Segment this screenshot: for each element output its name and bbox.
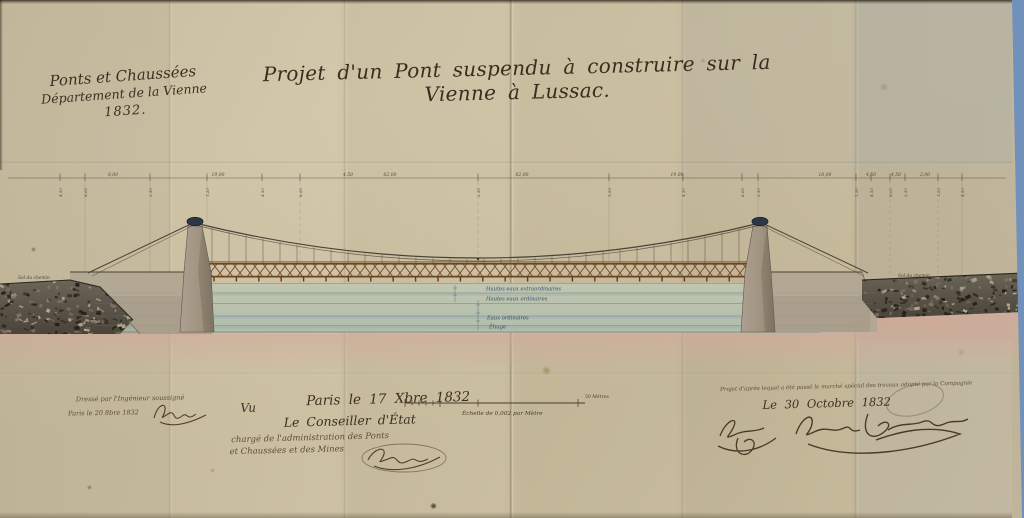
svg-text:4,50: 4,50 <box>681 188 686 198</box>
svg-text:62,00: 62,00 <box>384 172 397 178</box>
scale-bar-label: Échelle de 0,002 par Mètre <box>461 409 543 417</box>
water-level-label: Étiage <box>488 323 506 331</box>
svg-text:4,50: 4,50 <box>342 172 353 178</box>
scale-bar-end-label: 50 Mètres <box>585 393 609 400</box>
terrain-label-left: Sol du chemin <box>18 276 50 281</box>
engineer-signature <box>150 398 218 430</box>
svg-text:8,00: 8,00 <box>888 188 893 197</box>
signature-flourish <box>368 449 440 469</box>
drawing-sheet: Ponts et Chaussées Département de la Vie… <box>0 0 1024 518</box>
paper-edge-shadow <box>0 512 1012 518</box>
water-level-label: Eaux ordinaires <box>486 316 529 322</box>
svg-text:4,50: 4,50 <box>58 188 63 198</box>
photo-background: Ponts et Chaussées Département de la Vie… <box>0 0 1024 518</box>
svg-text:2,50: 2,50 <box>148 188 153 198</box>
svg-text:19,00: 19,00 <box>671 172 684 178</box>
svg-text:1,20: 1,20 <box>936 188 941 197</box>
svg-text:1,20: 1,20 <box>205 188 210 197</box>
svg-text:62,00: 62,00 <box>516 172 529 178</box>
svg-text:2,50: 2,50 <box>903 188 908 198</box>
terrain-label-right: Sol du chemin <box>898 274 930 279</box>
svg-text:2,50: 2,50 <box>476 188 481 198</box>
svg-text:4,50: 4,50 <box>890 172 901 178</box>
svg-text:8,00: 8,00 <box>298 188 303 197</box>
water-level-label: Hautes eaux extraordinaires <box>485 287 561 293</box>
dimension-line: 4,508,002,501,204,508,002,501,204,508,00… <box>8 172 1006 198</box>
svg-text:4,50: 4,50 <box>960 188 965 198</box>
water-level-label: Hautes eaux ordinaires <box>485 297 548 303</box>
signature-flourish <box>796 414 968 453</box>
signature-flourish <box>718 421 776 455</box>
company-signatures <box>712 408 972 470</box>
svg-text:18,00: 18,00 <box>819 172 832 178</box>
svg-text:19,00: 19,00 <box>212 172 225 178</box>
signature-flourish <box>154 405 206 425</box>
paper-edge-shadow <box>0 0 3 170</box>
council-signature <box>358 440 450 476</box>
svg-text:8,00: 8,00 <box>740 188 745 197</box>
svg-text:2,00: 2,00 <box>919 172 930 178</box>
deck-truss <box>205 262 757 282</box>
svg-text:4,50: 4,50 <box>865 172 876 178</box>
scale-bar: Échelle de 0,002 par Mètre 50 Mètres <box>405 393 609 417</box>
tower-saddles <box>187 217 768 225</box>
svg-text:1,20: 1,20 <box>854 188 859 197</box>
svg-text:8,00: 8,00 <box>83 188 88 197</box>
svg-text:4,50: 4,50 <box>260 188 265 198</box>
svg-text:2,50: 2,50 <box>756 188 761 198</box>
svg-text:1,20: 1,20 <box>607 188 612 197</box>
paper-edge-shadow <box>0 0 1012 4</box>
svg-text:4,50: 4,50 <box>869 188 874 198</box>
svg-text:8,00: 8,00 <box>108 172 118 178</box>
